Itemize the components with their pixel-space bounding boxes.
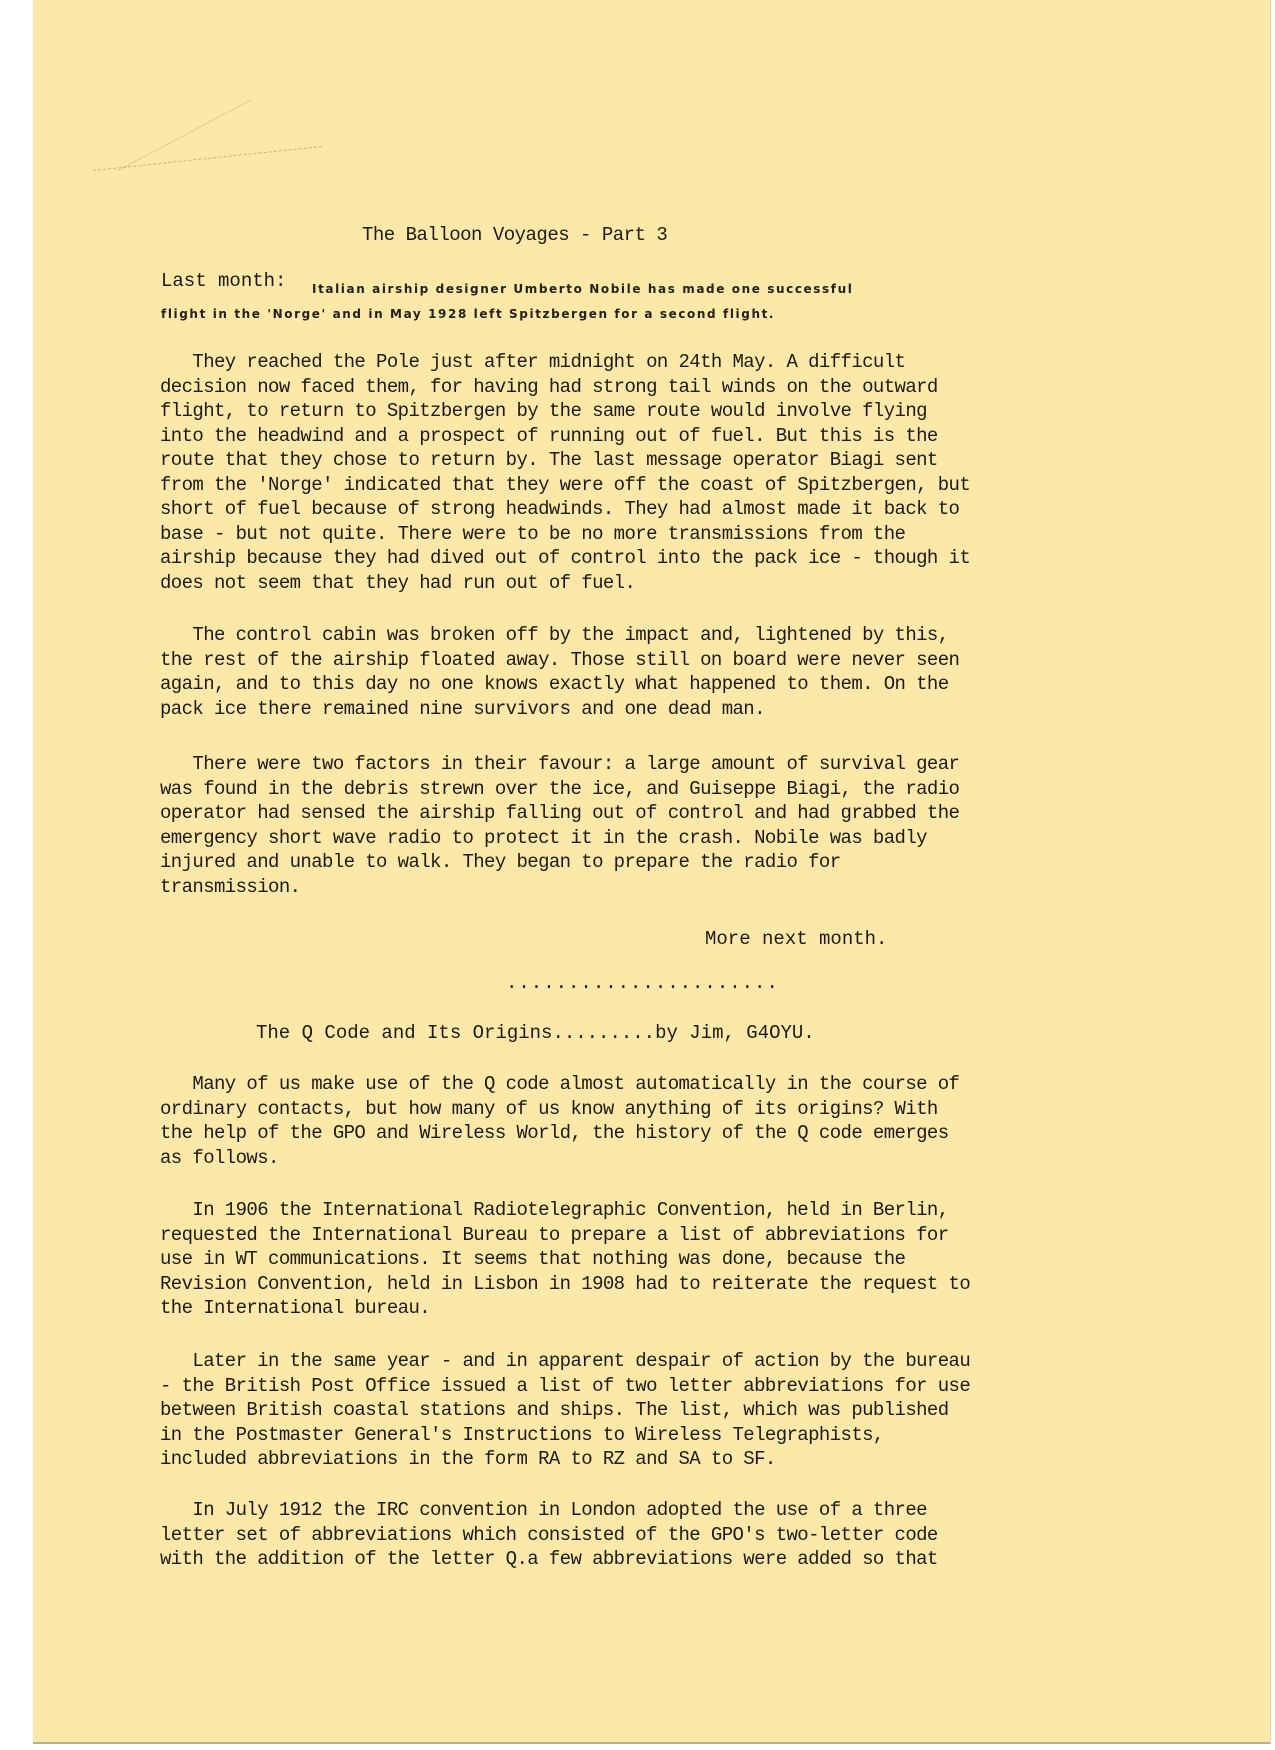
more-next-month: More next month.	[705, 928, 887, 950]
paragraph-1906-convention: In 1906 the International Radiotelegraph…	[160, 1198, 1100, 1321]
text-line: ordinary contacts, but how many of us kn…	[160, 1097, 1100, 1122]
article-title-q-code: The Q Code and Its Origins.........by Ji…	[256, 1022, 815, 1044]
text-line: flight, to return to Spitzbergen by the …	[160, 399, 1100, 424]
text-line: operator had sensed the airship falling …	[160, 801, 1100, 826]
text-line: decision now faced them, for having had …	[160, 375, 1100, 400]
text-line: use in WT communications. It seems that …	[160, 1247, 1100, 1272]
text-line: In July 1912 the IRC convention in Londo…	[160, 1498, 1100, 1523]
paragraph-control-cabin: The control cabin was broken off by the …	[160, 623, 1100, 721]
text-line: into the headwind and a prospect of runn…	[160, 424, 1100, 449]
text-line: There were two factors in their favour: …	[160, 752, 1100, 777]
text-line: In 1906 the International Radiotelegraph…	[160, 1198, 1100, 1223]
paragraph-q-code-intro: Many of us make use of the Q code almost…	[160, 1072, 1100, 1170]
text-line: injured and unable to walk. They began t…	[160, 850, 1100, 875]
last-month-label: Last month:	[161, 270, 286, 292]
text-line: short of fuel because of strong headwind…	[160, 497, 1100, 522]
text-line: again, and to this day no one knows exac…	[160, 672, 1100, 697]
text-line: base - but not quite. There were to be n…	[160, 522, 1100, 547]
text-line: pack ice there remained nine survivors a…	[160, 697, 1100, 722]
last-month-summary-line-1: Italian airship designer Umberto Nobile …	[312, 282, 853, 296]
text-line: transmission.	[160, 875, 1100, 900]
paper-crease-mark	[93, 146, 322, 173]
paragraph-british-post-office: Later in the same year - and in apparent…	[160, 1349, 1100, 1472]
article-title-balloon-voyages: The Balloon Voyages - Part 3	[362, 224, 667, 246]
text-line: - the British Post Office issued a list …	[160, 1374, 1100, 1399]
text-line: as follows.	[160, 1146, 1100, 1171]
text-line: with the addition of the letter Q.a few …	[160, 1547, 1100, 1572]
text-line: the International bureau.	[160, 1296, 1100, 1321]
text-line: Revision Convention, held in Lisbon in 1…	[160, 1272, 1100, 1297]
text-line: was found in the debris strewn over the …	[160, 777, 1100, 802]
last-month-summary-line-2: flight in the 'Norge' and in May 1928 le…	[161, 307, 775, 321]
paragraph-1912-convention: In July 1912 the IRC convention in Londo…	[160, 1498, 1100, 1572]
text-line: between British coastal stations and shi…	[160, 1398, 1100, 1423]
paragraph-pole-reached: They reached the Pole just after midnigh…	[160, 350, 1100, 595]
text-line: The control cabin was broken off by the …	[160, 623, 1100, 648]
text-line: route that they chose to return by. The …	[160, 448, 1100, 473]
text-line: from the 'Norge' indicated that they wer…	[160, 473, 1100, 498]
text-line: Many of us make use of the Q code almost…	[160, 1072, 1100, 1097]
section-separator: ......................	[506, 972, 779, 994]
text-line: the help of the GPO and Wireless World, …	[160, 1121, 1100, 1146]
text-line: airship because they had dived out of co…	[160, 546, 1100, 571]
text-line: Later in the same year - and in apparent…	[160, 1349, 1100, 1374]
text-line: in the Postmaster General's Instructions…	[160, 1423, 1100, 1448]
paragraph-two-factors: There were two factors in their favour: …	[160, 752, 1100, 899]
text-line: They reached the Pole just after midnigh…	[160, 350, 1100, 375]
text-line: requested the International Bureau to pr…	[160, 1223, 1100, 1248]
text-line: letter set of abbreviations which consis…	[160, 1523, 1100, 1548]
text-line: included abbreviations in the form RA to…	[160, 1447, 1100, 1472]
text-line: does not seem that they had run out of f…	[160, 571, 1100, 596]
text-line: emergency short wave radio to protect it…	[160, 826, 1100, 851]
text-line: the rest of the airship floated away. Th…	[160, 648, 1100, 673]
